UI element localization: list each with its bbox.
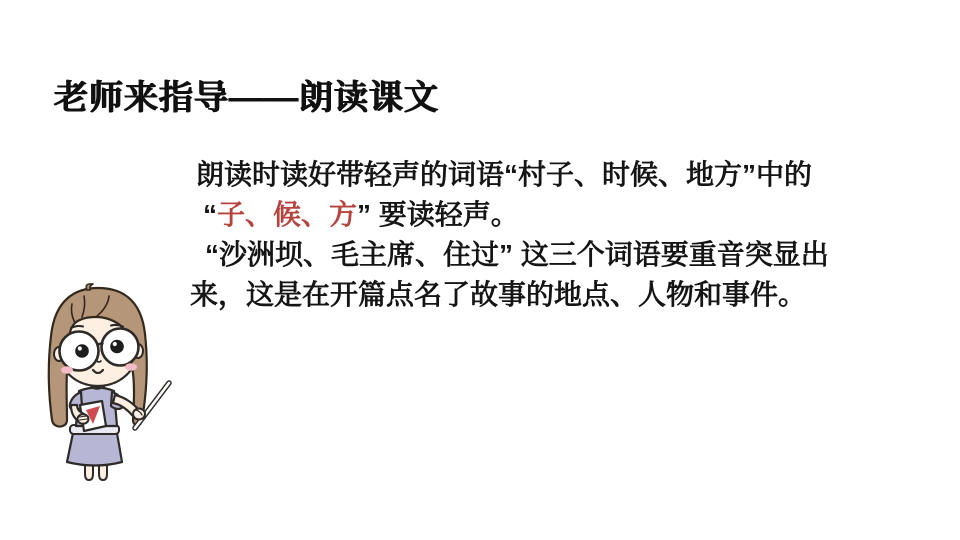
right-pupil: [110, 340, 124, 354]
right-hand: [133, 409, 145, 420]
skirt: [67, 433, 122, 466]
teacher-girl-svg: [25, 283, 175, 483]
left-blush: [61, 366, 73, 374]
body-line-3: “沙洲坝、毛主席、住过” 这三个词语要重音突显出: [205, 238, 829, 272]
teacher-illustration: [25, 283, 175, 483]
left-pupil: [75, 344, 89, 358]
presentation-slide: 老师来指导——朗读课文 朗读时读好带轻声的词语“村子、时候、地方”中的 “子、候…: [0, 0, 960, 540]
body-line-1: 朗读时读好带轻声的词语“村子、时候、地方”中的: [196, 158, 812, 192]
open-quote: “: [203, 199, 217, 230]
body-line-2-rest: ” 要读轻声。: [357, 199, 519, 230]
right-blush: [125, 363, 137, 371]
right-eye-highlight: [113, 342, 117, 346]
body-line-4: 来，这是在开篇点名了故事的地点、人物和事件。: [190, 278, 806, 312]
body-line-2: “子、候、方” 要读轻声。: [203, 198, 519, 232]
light-tone-characters-highlight: 子、候、方: [217, 199, 357, 230]
slide-title: 老师来指导——朗读课文: [54, 70, 439, 119]
left-eye-highlight: [78, 346, 82, 350]
